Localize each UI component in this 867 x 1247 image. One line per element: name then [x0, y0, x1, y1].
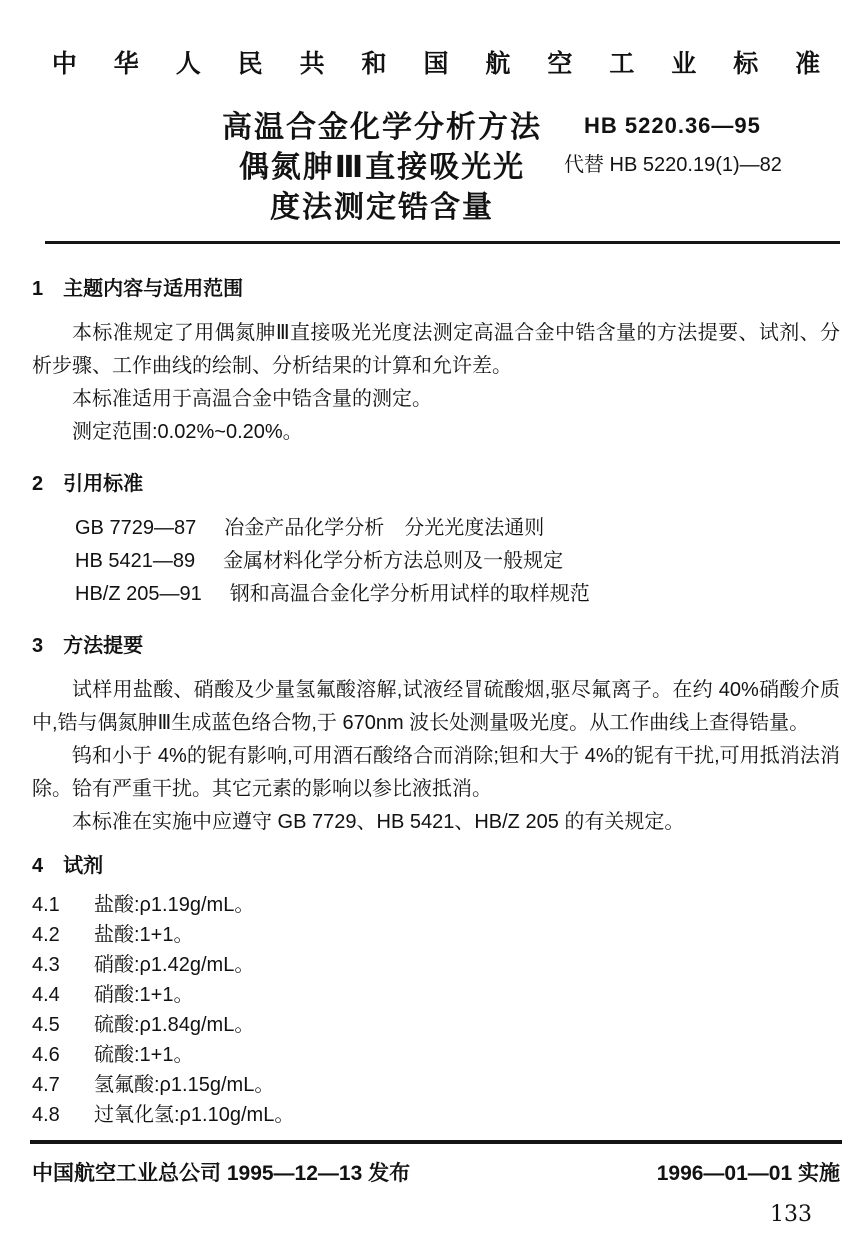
list-item: GB 7729—87 冶金产品化学分析 分光光度法通则	[75, 512, 840, 545]
reagent-number: 4.8	[32, 1100, 94, 1130]
list-item: 4.3 硝酸:ρ1.42g/mL。	[32, 950, 840, 980]
paragraph: 测定范围:0.02%~0.20%。	[32, 416, 840, 449]
national-standard-header: 中 华 人 民 共 和 国 航 空 工 业 标 准	[32, 0, 840, 80]
standard-document-page: 中 华 人 民 共 和 国 航 空 工 业 标 准 高温合金化学分析方法 偶氮胂…	[0, 0, 867, 1247]
paragraph: 本标准在实施中应遵守 GB 7729、HB 5421、HB/Z 205 的有关规…	[32, 806, 840, 839]
section-3-heading: 3 方法提要	[32, 635, 840, 657]
standard-title: 高温合金化学分析方法 偶氮胂Ⅲ直接吸光光 度法测定锆含量	[212, 108, 552, 228]
reagent-text: 盐酸:ρ1.19g/mL。	[94, 890, 254, 920]
paragraph: 钨和小于 4%的铌有影响,可用酒石酸络合而消除;钽和大于 4%的铌有干扰,可用抵…	[32, 740, 840, 806]
reagent-text: 硝酸:1+1。	[94, 980, 193, 1010]
implementation-date: 1996—01—01 实施	[657, 1157, 840, 1187]
section-2-heading: 2 引用标准	[32, 473, 840, 495]
section-1-heading: 1 主题内容与适用范围	[32, 278, 840, 300]
list-item: 4.5 硫酸:ρ1.84g/mL。	[32, 1010, 840, 1040]
list-item: 4.6 硫酸:1+1。	[32, 1040, 840, 1070]
footer: 中国航空工业总公司 1995—12—13 发布 1996—01—01 实施	[32, 1157, 840, 1187]
paragraph: 本标准适用于高温合金中锆含量的测定。	[32, 383, 840, 416]
list-item: 4.4 硝酸:1+1。	[32, 980, 840, 1010]
issuer-and-issue-date: 中国航空工业总公司 1995—12—13 发布	[32, 1157, 410, 1187]
section-3-number: 3	[32, 635, 43, 657]
list-item: 4.1 盐酸:ρ1.19g/mL。	[32, 890, 840, 920]
section-3-body: 试样用盐酸、硝酸及少量氢氟酸溶解,试液经冒硫酸烟,驱尽氟离子。在约 40%硝酸介…	[32, 674, 840, 839]
reference-code: HB/Z 205—91	[75, 578, 202, 611]
section-2-title: 引用标准	[63, 473, 143, 495]
reagent-number: 4.7	[32, 1070, 94, 1100]
reagent-text: 硫酸:ρ1.84g/mL。	[94, 1010, 254, 1040]
paragraph: 本标准规定了用偶氮胂Ⅲ直接吸光光度法测定高温合金中锆含量的方法提要、试剂、分析步…	[32, 317, 840, 383]
reference-title: 冶金产品化学分析 分光光度法通则	[224, 512, 544, 545]
section-4-heading: 4 试剂	[32, 855, 840, 877]
list-item: HB/Z 205—91 钢和高温合金化学分析用试样的取样规范	[75, 578, 840, 611]
section-4-title: 试剂	[63, 855, 103, 877]
reagent-text: 盐酸:1+1。	[94, 920, 193, 950]
reagent-number: 4.2	[32, 920, 94, 950]
reagent-text: 硫酸:1+1。	[94, 1040, 193, 1070]
section-4-number: 4	[32, 855, 43, 877]
list-item: 4.7 氢氟酸:ρ1.15g/mL。	[32, 1070, 840, 1100]
list-item: 4.2 盐酸:1+1。	[32, 920, 840, 950]
reagent-number: 4.6	[32, 1040, 94, 1070]
standard-title-line-1: 高温合金化学分析方法	[212, 108, 552, 148]
reagent-text: 过氧化氢:ρ1.10g/mL。	[94, 1100, 294, 1130]
reagents-list: 4.1 盐酸:ρ1.19g/mL。 4.2 盐酸:1+1。 4.3 硝酸:ρ1.…	[32, 890, 840, 1130]
section-3-title: 方法提要	[63, 635, 143, 657]
list-item: HB 5421—89 金属材料化学分析方法总则及一般规定	[75, 545, 840, 578]
reagent-text: 氢氟酸:ρ1.15g/mL。	[94, 1070, 274, 1100]
section-1-number: 1	[32, 278, 43, 300]
page-number: 133	[32, 1202, 840, 1227]
superseded-standard: 代替 HB 5220.19(1)—82	[564, 148, 782, 177]
footer-divider-rule	[30, 1140, 842, 1144]
standard-title-line-2: 偶氮胂Ⅲ直接吸光光	[212, 148, 552, 188]
reagent-text: 硝酸:ρ1.42g/mL。	[94, 950, 254, 980]
reagent-number: 4.3	[32, 950, 94, 980]
section-2-number: 2	[32, 473, 43, 495]
section-1-title: 主题内容与适用范围	[63, 278, 243, 300]
paragraph: 试样用盐酸、硝酸及少量氢氟酸溶解,试液经冒硫酸烟,驱尽氟离子。在约 40%硝酸介…	[32, 674, 840, 740]
reagent-number: 4.1	[32, 890, 94, 920]
reference-title: 金属材料化学分析方法总则及一般规定	[223, 545, 563, 578]
standard-code: HB 5220.36—95	[564, 113, 782, 139]
reagent-number: 4.5	[32, 1010, 94, 1040]
title-block: 高温合金化学分析方法 偶氮胂Ⅲ直接吸光光 度法测定锆含量 HB 5220.36—…	[32, 108, 840, 228]
list-item: 4.8 过氧化氢:ρ1.10g/mL。	[32, 1100, 840, 1130]
reference-code: GB 7729—87	[75, 512, 196, 545]
reagent-number: 4.4	[32, 980, 94, 1010]
standard-code-block: HB 5220.36—95 代替 HB 5220.19(1)—82	[564, 108, 782, 177]
reference-code: HB 5421—89	[75, 545, 195, 578]
title-divider-rule	[45, 241, 840, 244]
reference-title: 钢和高温合金化学分析用试样的取样规范	[230, 578, 590, 611]
referenced-standards-list: GB 7729—87 冶金产品化学分析 分光光度法通则 HB 5421—89 金…	[32, 512, 840, 611]
section-1-body: 本标准规定了用偶氮胂Ⅲ直接吸光光度法测定高温合金中锆含量的方法提要、试剂、分析步…	[32, 317, 840, 449]
standard-title-line-3: 度法测定锆含量	[212, 188, 552, 228]
